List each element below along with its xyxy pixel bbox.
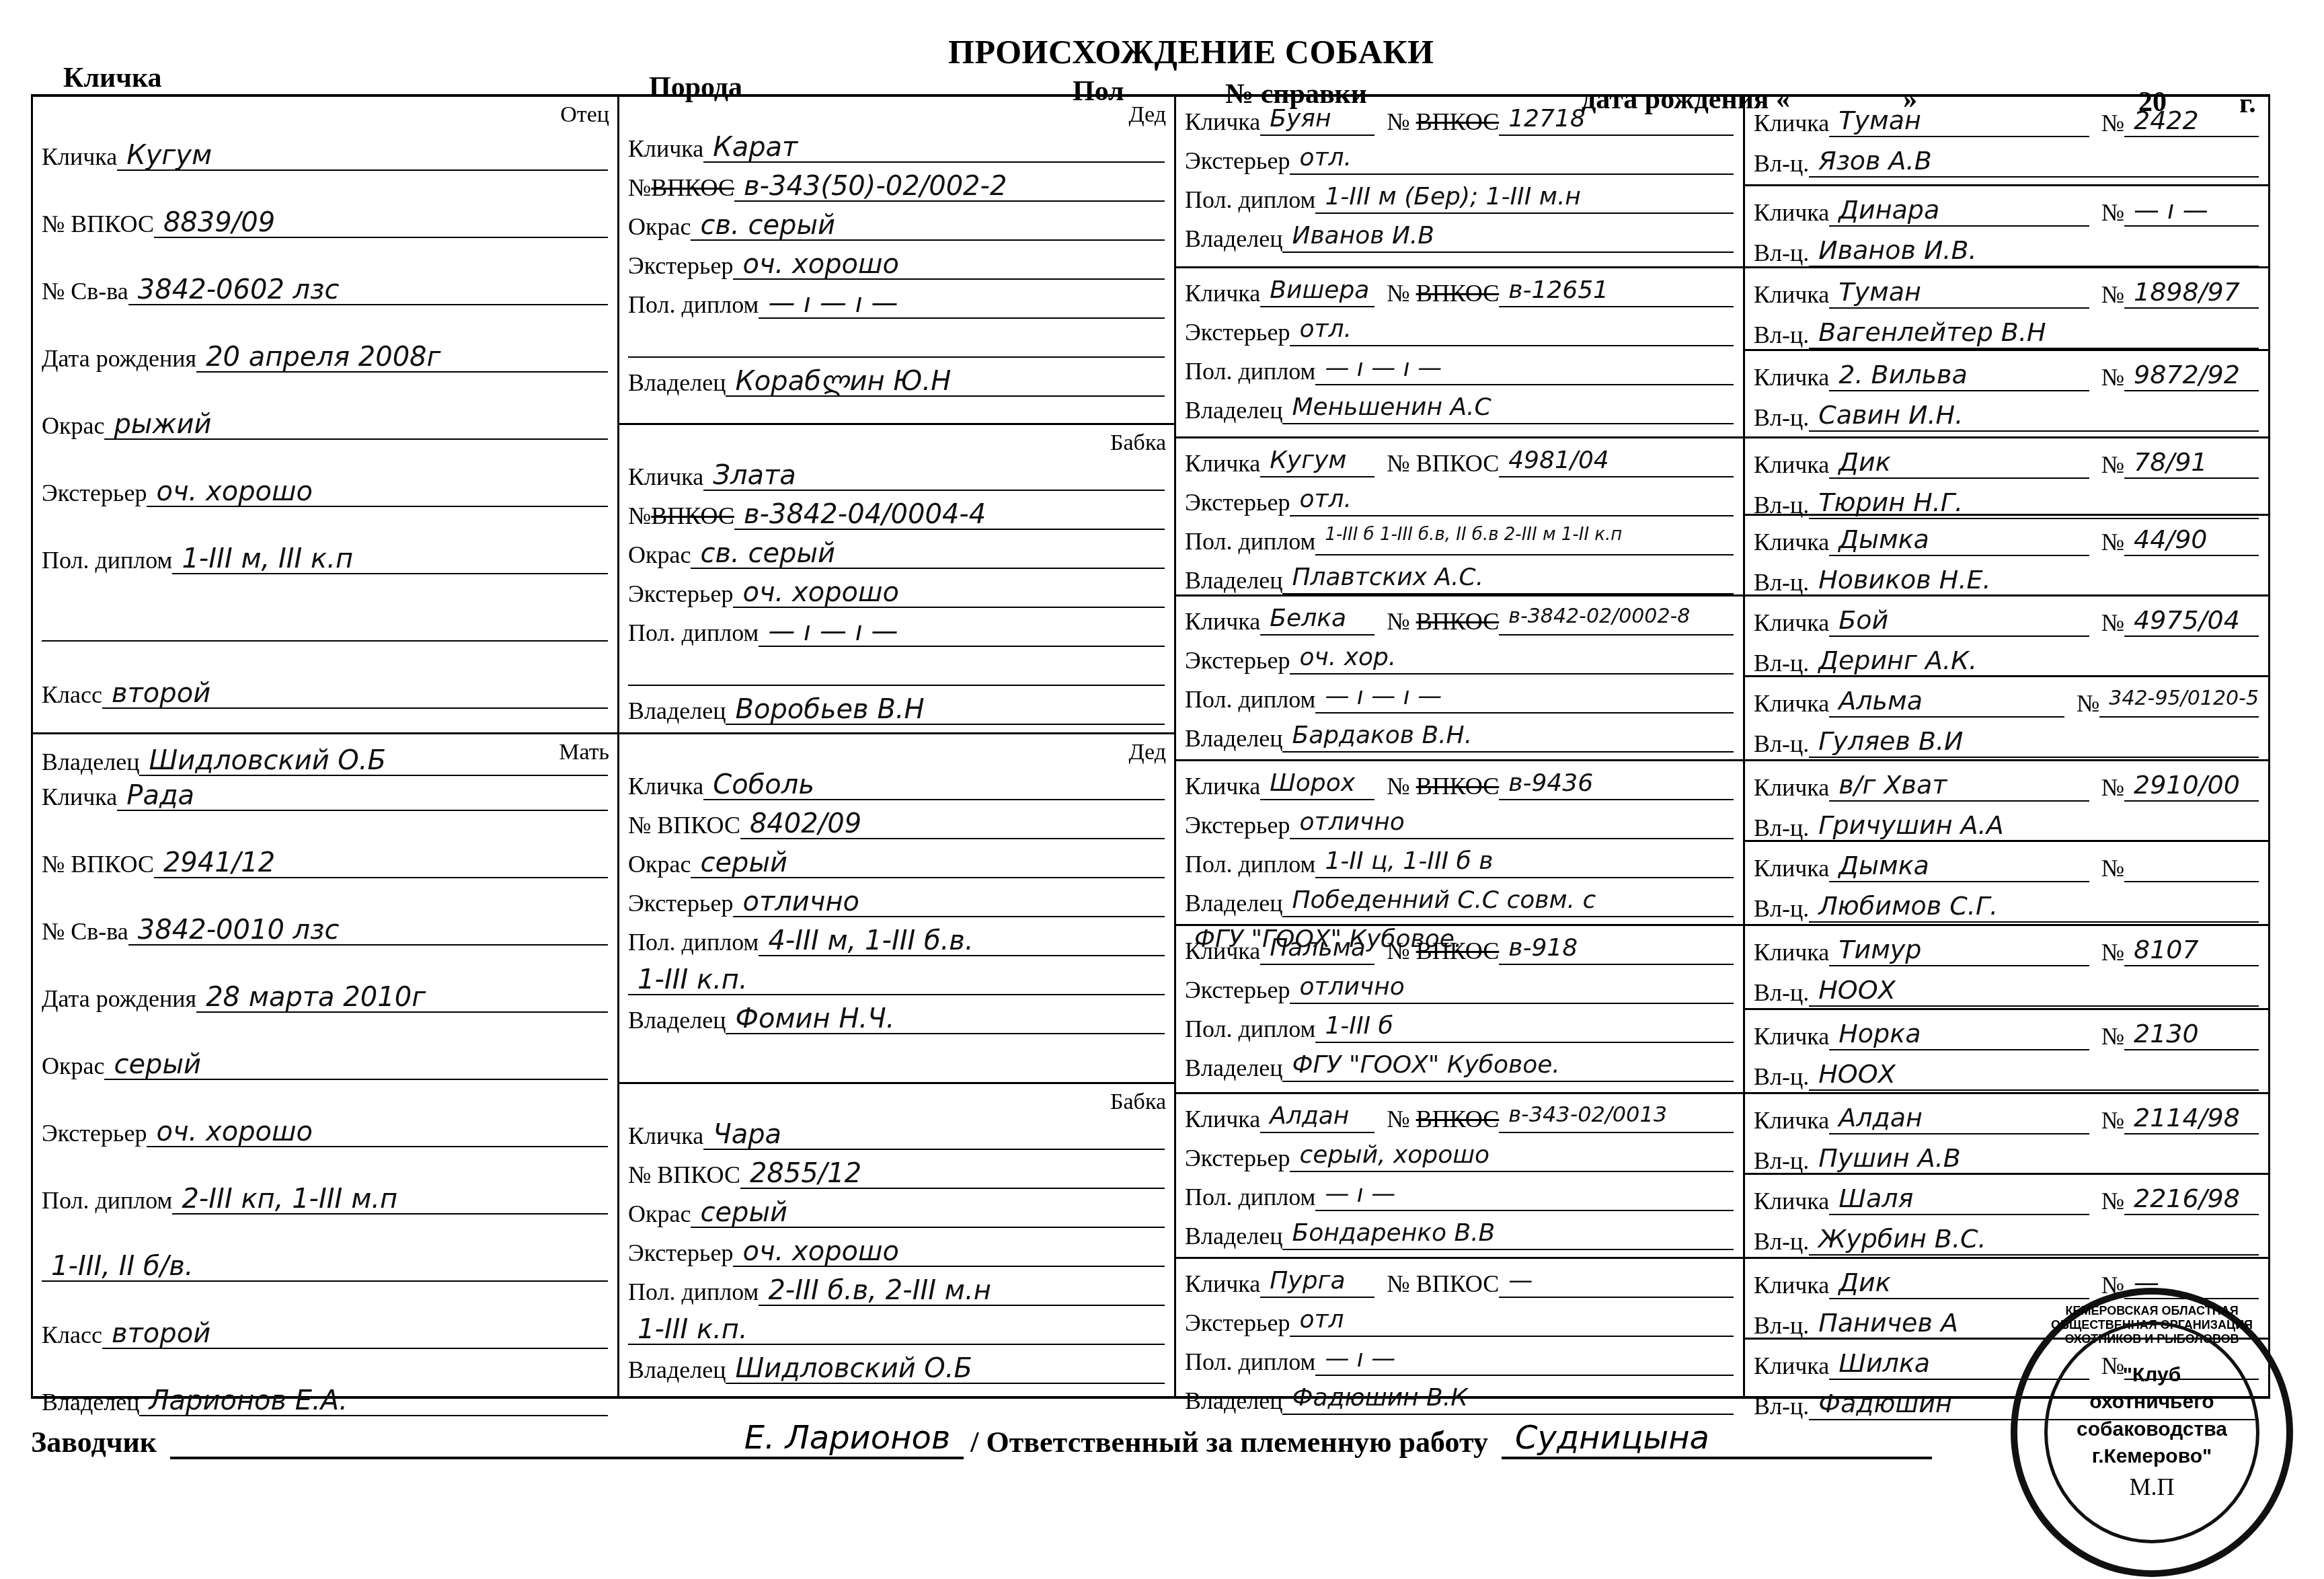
diploma-label: Пол. диплом xyxy=(1185,850,1315,878)
diploma-label: Пол. диплом xyxy=(628,928,759,956)
owner-label: Владелец xyxy=(628,1356,726,1384)
class-label: Класс xyxy=(42,681,102,709)
father-birth-row: Дата рождения20 апреля 2008г xyxy=(42,305,608,373)
gggp-owner: Журбин В.С. xyxy=(1809,1226,2259,1256)
mother-vpkos-row: № ВПКОС2941/12 xyxy=(42,811,608,878)
name-label: Кличка xyxy=(628,772,703,800)
ggp-exterior: отл xyxy=(1290,1307,1734,1337)
stamp-line-2: охотничьего xyxy=(2089,1389,2214,1416)
name-label: Кличка xyxy=(628,134,703,163)
exterior-label: Экстерьер xyxy=(1185,147,1290,175)
grandparent-name: Карат xyxy=(703,133,1165,163)
grandparent-owner: Корабლин Ю.Н xyxy=(726,367,1165,397)
num-label: № xyxy=(2101,528,2124,556)
stamp-line-1: "Клуб xyxy=(2123,1362,2181,1389)
owner-label: Вл-ц. xyxy=(1754,491,1809,519)
ggp-diploma: — ı — xyxy=(1315,1182,1734,1211)
gggp-owner: Тюрин Н.Г. xyxy=(1809,490,2259,519)
name-label: Кличка xyxy=(1754,854,1829,882)
ggp-vpkos: в-343-02/0013 xyxy=(1499,1104,1734,1133)
gggp-name: Тимур xyxy=(1829,937,2089,966)
vpkos-label: № ВПКОС xyxy=(1387,607,1499,636)
exterior-label: Экстерьер xyxy=(1185,318,1290,346)
num-label: № xyxy=(2101,1106,2124,1134)
gggp-owner: Язов А.В xyxy=(1809,148,2259,178)
ggp-owner: Иванов И.В xyxy=(1282,223,1734,253)
vpkos-label: № ВПКОС xyxy=(1387,1105,1499,1133)
mother-name-row: КличкаРада xyxy=(42,744,608,811)
ggp-exterior: серый, хорошо xyxy=(1290,1143,1734,1172)
mother-vpkos: 2941/12 xyxy=(154,849,608,878)
vpkos-struck: ВПКОС xyxy=(1416,280,1500,307)
ggp-vpkos: — xyxy=(1499,1268,1734,1298)
owner-label: Владелец xyxy=(1185,1222,1282,1250)
vpkos-label: № ВПКОС xyxy=(1387,772,1499,800)
ggp-exterior: отлично xyxy=(1290,974,1734,1004)
father-cert: 3842-0602 лзс xyxy=(128,276,608,305)
gggp-name: в/г Хват xyxy=(1829,772,2089,802)
vpkos-label: № ВПКОС xyxy=(628,1161,740,1189)
father-vpkos-row: № ВПКОС8839/09 xyxy=(42,171,608,238)
color-label: Окрас xyxy=(628,541,691,569)
gggp-name: Норка xyxy=(1829,1021,2089,1050)
father-diploma-row-2 xyxy=(42,574,608,642)
owner-label: Владелец xyxy=(628,369,726,397)
vpkos-label: № ВПКОС xyxy=(1387,279,1499,307)
owner-label: Вл-ц. xyxy=(1754,403,1809,432)
ggp-name: Белка xyxy=(1260,606,1374,636)
num-label: № xyxy=(2101,363,2124,391)
diploma-label: Пол. диплом xyxy=(1185,527,1315,555)
diploma-label: Пол. диплом xyxy=(628,619,759,647)
grandparent-role: Бабка xyxy=(1110,430,1166,456)
cert-label: № Св-ва xyxy=(42,917,128,946)
grandparent-vpkos: в-343(50)-02/002-2 xyxy=(734,172,1165,202)
exterior-label: Экстерьер xyxy=(628,252,733,280)
grid-divider-1 xyxy=(617,97,619,1396)
owner-label: Вл-ц. xyxy=(1754,978,1809,1007)
gggp-cell-5: КличкаДик№78/91 Вл-ц.Тюрин Н.Г. xyxy=(1746,438,2267,519)
exterior-label: Экстерьер xyxy=(1185,488,1290,516)
gggp-num: 78/91 xyxy=(2124,449,2259,479)
vpkos-label: № ВПКОС xyxy=(1387,108,1499,136)
ggp-vpkos: 12718 xyxy=(1499,106,1734,136)
gggp-name: Дик xyxy=(1829,449,2089,479)
stamp-center: "Клуб охотничьего собаководства г.Кемеро… xyxy=(2044,1321,2259,1543)
mother-diploma-row: Пол. диплом2-III кп, 1-III м.п xyxy=(42,1147,608,1215)
mother-class: второй xyxy=(102,1319,608,1349)
vpkos-label: № ВПКОС xyxy=(1387,1270,1499,1298)
num-sign: № xyxy=(1387,1106,1409,1132)
ggp-vpkos: в-918 xyxy=(1499,935,1734,965)
vpkos-struck: ВПКОС xyxy=(1416,773,1500,800)
grandparent-cell-4: Бабка КличкаЧара № ВПКОС2855/12 Окрассер… xyxy=(620,1084,1173,1400)
gggp-num: 8107 xyxy=(2124,937,2259,966)
gggp-num: 342-95/0120-5 xyxy=(2099,688,2259,718)
grandparent-exterior: оч. хорошо xyxy=(733,578,1165,608)
num-label: № xyxy=(2101,1187,2124,1215)
mother-role: Мать xyxy=(559,740,609,765)
mother-owner: Ларионов Е.А. xyxy=(139,1387,608,1416)
gggp-cell-10: КличкаДымка№ Вл-ц.Любимов С.Г. xyxy=(1746,842,2267,923)
name-label: Кличка xyxy=(1754,1187,1829,1215)
grandparent-vpkos: 2855/12 xyxy=(740,1159,1165,1189)
diploma-label: Пол. диплом xyxy=(42,1186,172,1215)
ggp-owner: Плавтских А.С. xyxy=(1282,565,1734,594)
owner-label: Вл-ц. xyxy=(1754,321,1809,349)
gggp-num: 4975/04 xyxy=(2124,607,2259,637)
father-name-row: КличкаКугум xyxy=(42,104,608,171)
mother-exterior: оч. хорошо xyxy=(147,1118,608,1147)
ggp-exterior: отл. xyxy=(1290,487,1734,516)
vpkos-label: № ВПКОС xyxy=(42,210,154,238)
num-sign: № xyxy=(1387,280,1409,307)
num-label: № xyxy=(2101,280,2124,309)
exterior-label: Экстерьер xyxy=(42,1119,147,1147)
birth-label: Дата рождения xyxy=(42,985,196,1013)
num-sign: № xyxy=(1387,608,1409,635)
great-grandparent-cell-1: КличкаБуян№ ВПКОС12718 Экстерьеротл. Пол… xyxy=(1177,97,1742,266)
mother-cert-row: № Св-ва3842-0010 лзс xyxy=(42,878,608,946)
vpkos-label: № ВПКОС xyxy=(1387,937,1499,965)
vpkos-label: № ВПКОС xyxy=(628,811,740,839)
exterior-label: Экстерьер xyxy=(628,1239,733,1267)
gggp-owner: НООХ xyxy=(1809,1061,2259,1091)
grandparent-diploma-2: 1-III к.п. xyxy=(628,966,1165,995)
vpkos-label: № ВПКОС xyxy=(42,850,154,878)
name-label: Кличка xyxy=(1185,937,1260,965)
owner-label: Вл-ц. xyxy=(1754,814,1809,842)
great-grandparent-cell-8: КличкаПурга№ ВПКОС— Экстерьеротл Пол. ди… xyxy=(1177,1259,1742,1400)
name-label: Кличка xyxy=(1754,1271,1829,1299)
vpkos-struck: ВПКОС xyxy=(1416,1106,1500,1132)
exterior-label: Экстерьер xyxy=(628,889,733,917)
mother-owner-row: ВладелецЛарионов Е.А. xyxy=(42,1349,608,1416)
diploma-label: Пол. диплом xyxy=(1185,1183,1315,1211)
grandparent-diploma: — ı — ı — xyxy=(759,617,1165,647)
gggp-cell-12: КличкаНорка№2130 Вл-ц.НООХ xyxy=(1746,1010,2267,1091)
gggp-num: 2114/98 xyxy=(2124,1105,2259,1134)
name-label: Кличка xyxy=(1754,773,1829,802)
name-label: Кличка xyxy=(1754,280,1829,309)
gggp-num: 2422 xyxy=(2124,108,2259,137)
mother-name: Рада xyxy=(117,781,608,811)
ggp-diploma: — ı — ı — xyxy=(1315,356,1734,385)
stamp-mp: М.П xyxy=(2129,1471,2174,1504)
name-label: Кличка xyxy=(1754,1352,1829,1380)
gggp-name: Дик xyxy=(1829,1270,2089,1299)
father-cell: Отец КличкаКугум № ВПКОС8839/09 № Св-ва3… xyxy=(34,97,616,732)
gggp-name: Бой xyxy=(1829,607,2089,637)
owner-label: Владелец xyxy=(1185,566,1282,594)
color-label: Окрас xyxy=(628,213,691,241)
father-exterior: оч. хорошо xyxy=(147,477,608,507)
mother-cell: Мать КличкаРада № ВПКОС2941/12 № Св-ва38… xyxy=(34,734,616,1400)
name-label: Кличка xyxy=(1185,108,1260,136)
gggp-owner: НООХ xyxy=(1809,977,2259,1007)
exterior-label: Экстерьер xyxy=(1185,811,1290,839)
ggp-exterior: отл. xyxy=(1290,317,1734,346)
diploma-label: Пол. диплом xyxy=(1185,1348,1315,1376)
responsible-label: / Ответственный за племенную работу xyxy=(970,1425,1488,1459)
color-label: Окрас xyxy=(628,850,691,878)
father-class-row: Классвторой xyxy=(42,642,608,709)
gggp-name: Альма xyxy=(1829,688,2064,718)
gggp-owner: Савин И.Н. xyxy=(1809,402,2259,432)
ggp-diploma: 1-III б 1-III б.в, II б.в 2-III м 1-II к… xyxy=(1315,526,1734,555)
grandparent-diploma: 4-III м, 1-III б.в. xyxy=(759,927,1165,956)
great-grandparent-cell-6: КличкаПальма№ ВПКОСв-918 Экстерьеротличн… xyxy=(1177,926,1742,1092)
name-label: Кличка xyxy=(1185,607,1260,636)
num-label: № xyxy=(2101,854,2124,882)
num-sign: № xyxy=(628,174,651,201)
grandparent-exterior: оч. хорошо xyxy=(733,1237,1165,1267)
num-sign: № xyxy=(628,502,651,529)
name-label: Кличка xyxy=(1754,689,1829,718)
name-label: Кличка xyxy=(628,463,703,491)
owner-label: Вл-ц. xyxy=(1754,1311,1809,1340)
grandparent-name: Злата xyxy=(703,461,1165,491)
ggp-owner: Фадюшин В.К xyxy=(1282,1385,1734,1415)
owner-label: Владелец xyxy=(1185,225,1282,253)
diploma-label: Пол. диплом xyxy=(42,546,172,574)
grandparent-owner: Шидловский О.Б xyxy=(726,1354,1165,1384)
color-label: Окрас xyxy=(42,412,104,440)
great-grandparent-cell-3: КличкаКугум№ ВПКОС4981/04 Экстерьеротл. … xyxy=(1177,438,1742,594)
num-label: № xyxy=(2101,109,2124,137)
signature-footer: Заводчик Е. Ларионов / Ответственный за … xyxy=(31,1419,2250,1459)
color-label: Окрас xyxy=(42,1052,104,1080)
grandparent-role: Дед xyxy=(1128,102,1166,128)
name-label: Кличка xyxy=(1754,1106,1829,1134)
pedigree-grid: Отец КличкаКугум № ВПКОС8839/09 № Св-ва3… xyxy=(31,94,2270,1399)
gggp-cell-11: КличкаТимур№8107 Вл-ц.НООХ xyxy=(1746,926,2267,1007)
owner-label: Владелец xyxy=(42,1388,139,1416)
grandparent-diploma: 2-III б.в, 2-III м.н xyxy=(759,1276,1165,1306)
ggp-name: Пальма xyxy=(1260,935,1374,965)
gggp-num xyxy=(2124,853,2259,882)
ggp-name: Кугум xyxy=(1260,448,1374,477)
vpkos-struck: ВПКОС xyxy=(651,502,734,529)
owner-label: Вл-ц. xyxy=(1754,1147,1809,1175)
responsible-signature: Судницына xyxy=(1502,1419,1932,1459)
grandparent-color: серый xyxy=(691,1198,1165,1228)
father-role: Отец xyxy=(560,102,609,128)
grid-divider-3 xyxy=(1743,97,1745,1396)
num-label: № xyxy=(2101,198,2124,227)
owner-label: Вл-ц. xyxy=(1754,568,1809,596)
grandparent-diploma: — ı — ı — xyxy=(759,289,1165,319)
grandparent-diploma-2 xyxy=(628,328,1165,358)
gggp-owner: Гричушин А.А xyxy=(1809,812,2259,842)
owner-label: Вл-ц. xyxy=(1754,730,1809,758)
gggp-owner: Любимов С.Г. xyxy=(1809,893,2259,923)
owner-label: Владелец xyxy=(1185,1054,1282,1082)
num-label: № xyxy=(2101,773,2124,802)
name-label: Кличка xyxy=(1754,451,1829,479)
diploma-label: Пол. диплом xyxy=(628,291,759,319)
father-cert-row: № Св-ва3842-0602 лзс xyxy=(42,238,608,305)
ggp-diploma: — ı — ı — xyxy=(1315,684,1734,714)
grandparent-exterior: оч. хорошо xyxy=(733,250,1165,280)
ggp-exterior: отлично xyxy=(1290,810,1734,839)
ggp-owner: Бондаренко В.В xyxy=(1282,1221,1734,1250)
diploma-label: Пол. диплом xyxy=(1185,186,1315,214)
gggp-name: Дымка xyxy=(1829,527,2089,556)
gggp-owner: Новиков Н.Е. xyxy=(1809,567,2259,596)
gggp-owner: Иванов И.В. xyxy=(1809,237,2259,267)
name-label: Кличка xyxy=(1754,198,1829,227)
grandparent-vpkos: 8402/09 xyxy=(740,810,1165,839)
owner-label: Владелец xyxy=(1185,396,1282,424)
exterior-label: Экстерьер xyxy=(1185,976,1290,1004)
club-stamp: КЕМЕРОВСКАЯ ОБЛАСТНАЯ ОБЩЕСТВЕННАЯ ОРГАН… xyxy=(2011,1288,2293,1577)
ggp-vpkos: в-3842-02/0002-8 xyxy=(1499,606,1734,636)
vpkos-struck: ВПКОС xyxy=(651,174,734,201)
gggp-owner: Деринг А.К. xyxy=(1809,648,2259,677)
name-label: Кличка xyxy=(1185,1270,1260,1298)
exterior-label: Экстерьер xyxy=(1185,646,1290,675)
name-label: Кличка xyxy=(42,143,117,171)
gggp-name: 2. Вильва xyxy=(1829,362,2089,391)
grid-border-right xyxy=(2268,97,2270,1396)
mother-color: серый xyxy=(104,1050,608,1080)
name-label: Кличка xyxy=(1185,279,1260,307)
name-label: Кличка xyxy=(1185,449,1260,477)
gggp-name: Туман xyxy=(1829,108,2089,137)
ggp-diploma: — ı — xyxy=(1315,1346,1734,1376)
num-label: № xyxy=(2101,1022,2124,1050)
ggp-diploma: 1-III б xyxy=(1315,1013,1734,1043)
breeder-label: Заводчик xyxy=(31,1425,157,1459)
diploma-label: Пол. диплом xyxy=(1185,357,1315,385)
owner-label: Владелец xyxy=(628,1006,726,1034)
gggp-cell-3: КличкаТуман№1898/97 Вл-ц.Вагенлейтер В.Н xyxy=(1746,268,2267,349)
document-title: ПРОИСХОЖДЕНИЕ СОБАКИ xyxy=(948,32,1434,71)
mother-class-row: Классвторой xyxy=(42,1282,608,1349)
ggp-vpkos: в-9436 xyxy=(1499,771,1734,800)
stamp-line-3: собаководства xyxy=(2077,1416,2227,1444)
father-diploma: 1-III м, III к.п xyxy=(172,545,608,574)
gggp-num: 2130 xyxy=(2124,1021,2259,1050)
ggp-owner: ФГУ "ГООХ" Кубовое. xyxy=(1282,1052,1734,1082)
owner-label: Вл-ц. xyxy=(1754,1392,1809,1420)
ggp-diploma: 1-III м (Бер); 1-III м.н xyxy=(1315,184,1734,214)
gggp-cell-2: КличкаДинара№— ı — Вл-ц.Иванов И.В. xyxy=(1746,186,2267,267)
gggp-num: 2216/98 xyxy=(2124,1186,2259,1215)
gggp-num: 1898/97 xyxy=(2124,279,2259,309)
grandparent-vpkos: в-3842-04/0004-4 xyxy=(734,500,1165,530)
num-label: № xyxy=(2077,689,2099,718)
mother-diploma: 2-III кп, 1-III м.п xyxy=(172,1185,608,1215)
owner-label: Вл-ц. xyxy=(1754,1227,1809,1256)
ggp-diploma: 1-II ц, 1-III б в xyxy=(1315,849,1734,878)
name-label: Кличка xyxy=(1754,938,1829,966)
vpkos-label: №ВПКОС xyxy=(628,502,734,530)
exterior-label: Экстерьер xyxy=(1185,1309,1290,1337)
mother-color-row: Окрассерый xyxy=(42,1013,608,1080)
great-grandparent-cell-4: КличкаБелка№ ВПКОСв-3842-02/0002-8 Эксте… xyxy=(1177,596,1742,759)
ggp-name: Буян xyxy=(1260,106,1374,136)
exterior-label: Экстерьер xyxy=(1185,1144,1290,1172)
gggp-name: Дымка xyxy=(1829,853,2089,882)
gggp-name: Туман xyxy=(1829,279,2089,309)
father-name: Кугум xyxy=(117,141,608,171)
gggp-cell-6: КличкаДымка№44/90 Вл-ц.Новиков Н.Е. xyxy=(1746,516,2267,596)
num-label: № xyxy=(2101,938,2124,966)
num-sign: № xyxy=(1387,773,1409,800)
owner-label: Вл-ц. xyxy=(1754,239,1809,267)
ggp-vpkos: в-12651 xyxy=(1499,278,1734,307)
ggp-owner: Меньшенин А.С xyxy=(1282,395,1734,424)
diploma-label: Пол. диплом xyxy=(1185,1015,1315,1043)
ggp-name: Шорох xyxy=(1260,771,1374,800)
owner-label: Владелец xyxy=(1185,1387,1282,1415)
owner-label: Владелец xyxy=(1185,724,1282,753)
vpkos-struck: ВПКОС xyxy=(1416,608,1500,635)
gggp-cell-7: КличкаБой№4975/04 Вл-ц.Деринг А.К. xyxy=(1746,596,2267,677)
grandparent-diploma-2: 1-III к.п. xyxy=(628,1315,1165,1345)
father-color: рыжий xyxy=(104,410,608,440)
class-label: Класс xyxy=(42,1321,102,1349)
gggp-owner: Вагенлейтер В.Н xyxy=(1809,319,2259,349)
diploma-label: Пол. диплом xyxy=(1185,685,1315,714)
gggp-owner: Гуляев В.И xyxy=(1809,728,2259,758)
grid-border-left xyxy=(31,97,33,1396)
gggp-num: 44/90 xyxy=(2124,527,2259,556)
owner-label: Вл-ц. xyxy=(1754,1063,1809,1091)
grandparent-exterior: отлично xyxy=(733,888,1165,917)
vpkos-struck: ВПКОС xyxy=(1416,937,1500,964)
mother-cert: 3842-0010 лзс xyxy=(128,916,608,946)
name-label: Кличка xyxy=(1185,772,1260,800)
color-label: Окрас xyxy=(628,1200,691,1228)
name-label: Кличка xyxy=(1754,1022,1829,1050)
grandparent-name: Чара xyxy=(703,1120,1165,1150)
grandparent-owner: Воробьев В.Н xyxy=(726,695,1165,725)
grandparent-cell-1: Дед КличкаКарат №ВПКОСв-343(50)-02/002-2… xyxy=(620,97,1173,423)
grandparent-name: Соболь xyxy=(703,771,1165,800)
mother-exterior-row: Экстерьероч. хорошо xyxy=(42,1080,608,1147)
father-diploma-2 xyxy=(42,612,608,642)
owner-label: Владелец xyxy=(628,697,726,725)
ggp-name: Пурга xyxy=(1260,1268,1374,1298)
owner-label: Вл-ц. xyxy=(1754,149,1809,178)
name-label: Кличка xyxy=(1185,1105,1260,1133)
great-grandparent-cell-2: КличкаВишера№ ВПКОСв-12651 Экстерьеротл.… xyxy=(1177,268,1742,436)
name-label: Кличка xyxy=(1754,363,1829,391)
grandparent-color: серый xyxy=(691,849,1165,878)
grandparent-color: св. серый xyxy=(691,539,1165,569)
owner-label: Вл-ц. xyxy=(1754,649,1809,677)
grandparent-cell-3: Дед КличкаСоболь № ВПКОС8402/09 Окрассер… xyxy=(620,734,1173,1082)
gggp-name: Алдан xyxy=(1829,1105,2089,1134)
gggp-cell-13: КличкаАлдан№2114/98 Вл-ц.Пушин А.В xyxy=(1746,1094,2267,1175)
father-vpkos: 8839/09 xyxy=(154,208,608,238)
grandparent-diploma-2 xyxy=(628,656,1165,686)
mother-diploma-row-2: 1-III, II б/в. xyxy=(42,1215,608,1282)
vpkos-label: № ВПКОС xyxy=(1387,449,1499,477)
grandparent-cell-2: Бабка КличкаЗлата №ВПКОСв-3842-04/0004-4… xyxy=(620,425,1173,732)
num-label: № xyxy=(2101,451,2124,479)
father-class: второй xyxy=(102,679,608,709)
grid-divider-2 xyxy=(1174,97,1176,1396)
grandparent-role: Дед xyxy=(1128,740,1166,765)
diploma-label: Пол. диплом xyxy=(628,1278,759,1306)
name-label: Кличка xyxy=(42,783,117,811)
exterior-label: Экстерьер xyxy=(42,479,147,507)
ggp-owner: Победенний С.С совм. с xyxy=(1282,888,1734,917)
